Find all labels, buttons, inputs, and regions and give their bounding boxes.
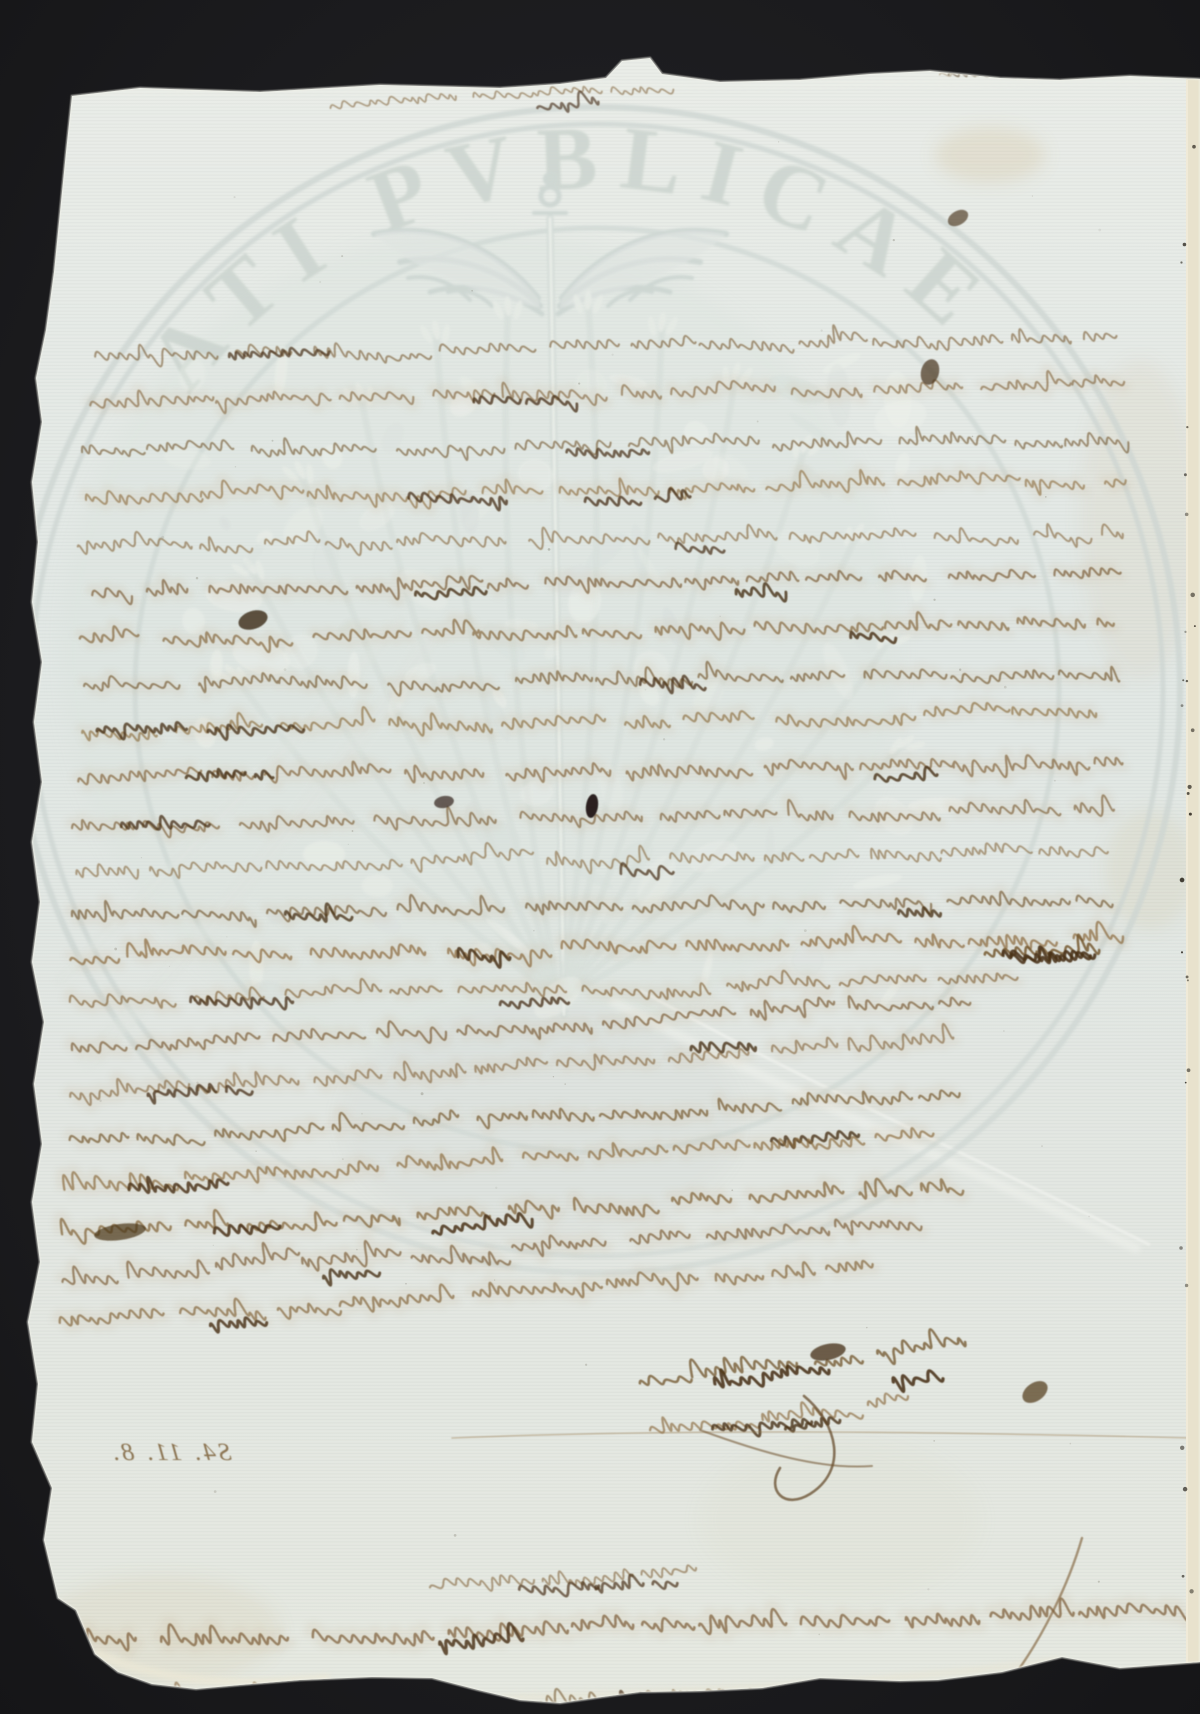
manuscript-sheet: ATI PVBLICAE [0,0,1200,1714]
adjacent-page-edge [1186,60,1200,1680]
scan-viewport: ATI PVBLICAE [0,0,1200,1714]
document-scan: ATI PVBLICAE [0,0,1200,1714]
amount-figure: S4. 11. 8. [108,1439,233,1466]
